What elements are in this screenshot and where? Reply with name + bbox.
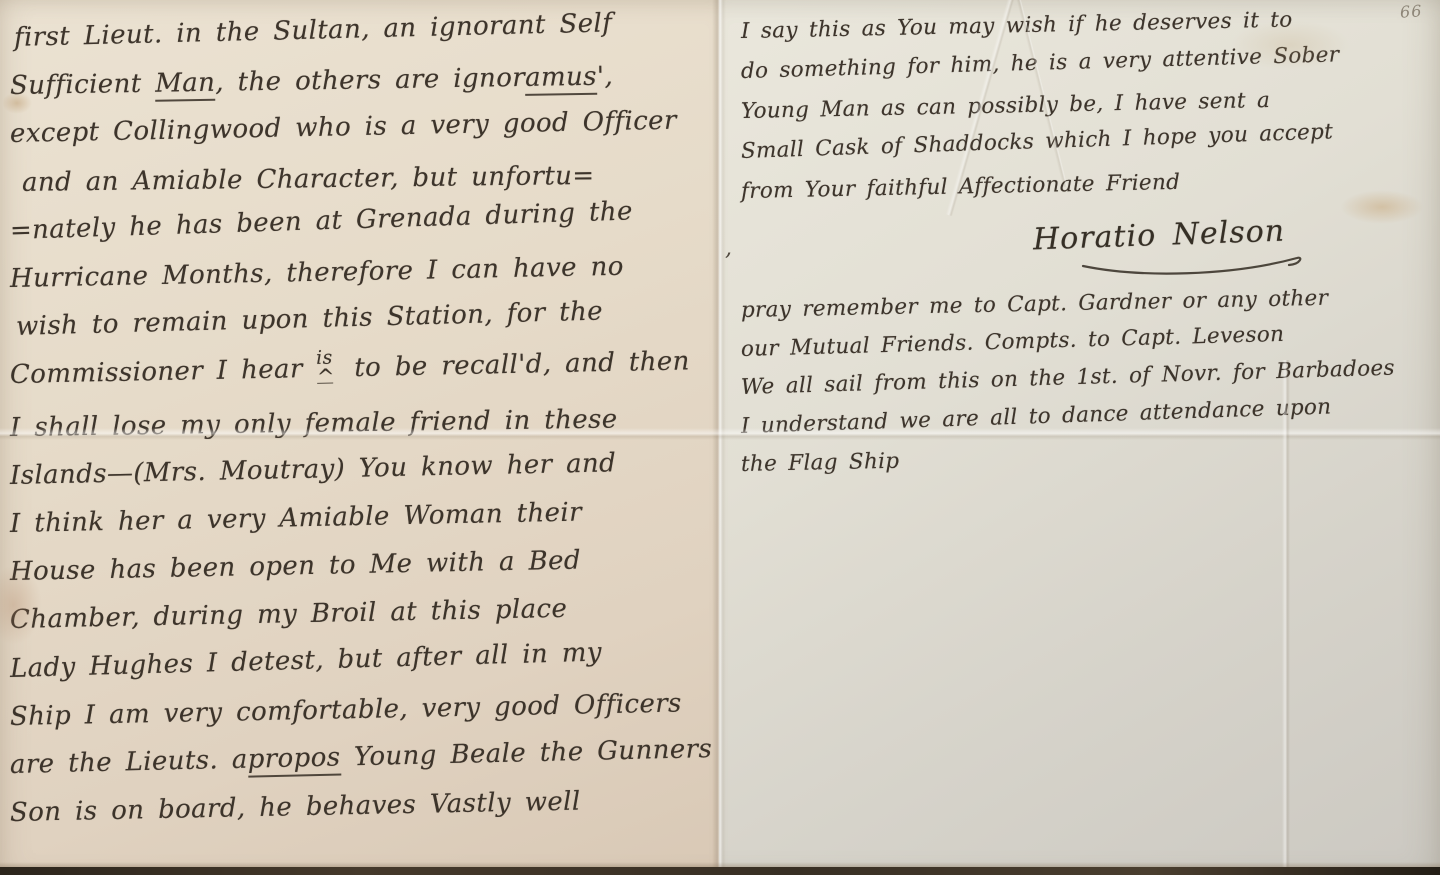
letter-scan: first Lieut. in the Sultan, an ignorant … (0, 0, 1440, 875)
line-text: are the Lieuts. a (10, 745, 248, 780)
line-text: Commissioner I hear (10, 354, 317, 390)
left-page-text-block: first Lieut. in the Sultan, an ignorant … (10, 14, 712, 837)
line-text: , the others are ignor (215, 63, 525, 98)
scan-background-edge (0, 867, 1440, 875)
line-text: Young Beale the Gunners (340, 734, 712, 772)
stray-ink-mark: , (725, 236, 732, 261)
underlined-word: Man (155, 68, 216, 102)
fold-crease-vertical-right (1282, 360, 1290, 868)
signature-flourish (1071, 252, 1321, 280)
line-text: Sufficient (10, 69, 156, 101)
fold-crease-horizontal (0, 428, 1440, 440)
right-page-text-block: I say this as You may wish if he deserve… (741, 12, 1395, 485)
signature: Horatio Nelson (1032, 214, 1285, 258)
page-number-annotation: 66 (1399, 1, 1423, 22)
insertion-caret: ^ (316, 353, 335, 402)
postscript-block: pray remember me to Capt. Gardner or any… (741, 292, 1395, 485)
signature-row: Horatio Nelson (741, 216, 1395, 278)
underlined-word: propos (247, 743, 340, 778)
line-text: ', (597, 62, 614, 92)
underlined-word: amus (525, 62, 597, 96)
line-text: to be recall'd, and then (340, 347, 690, 384)
